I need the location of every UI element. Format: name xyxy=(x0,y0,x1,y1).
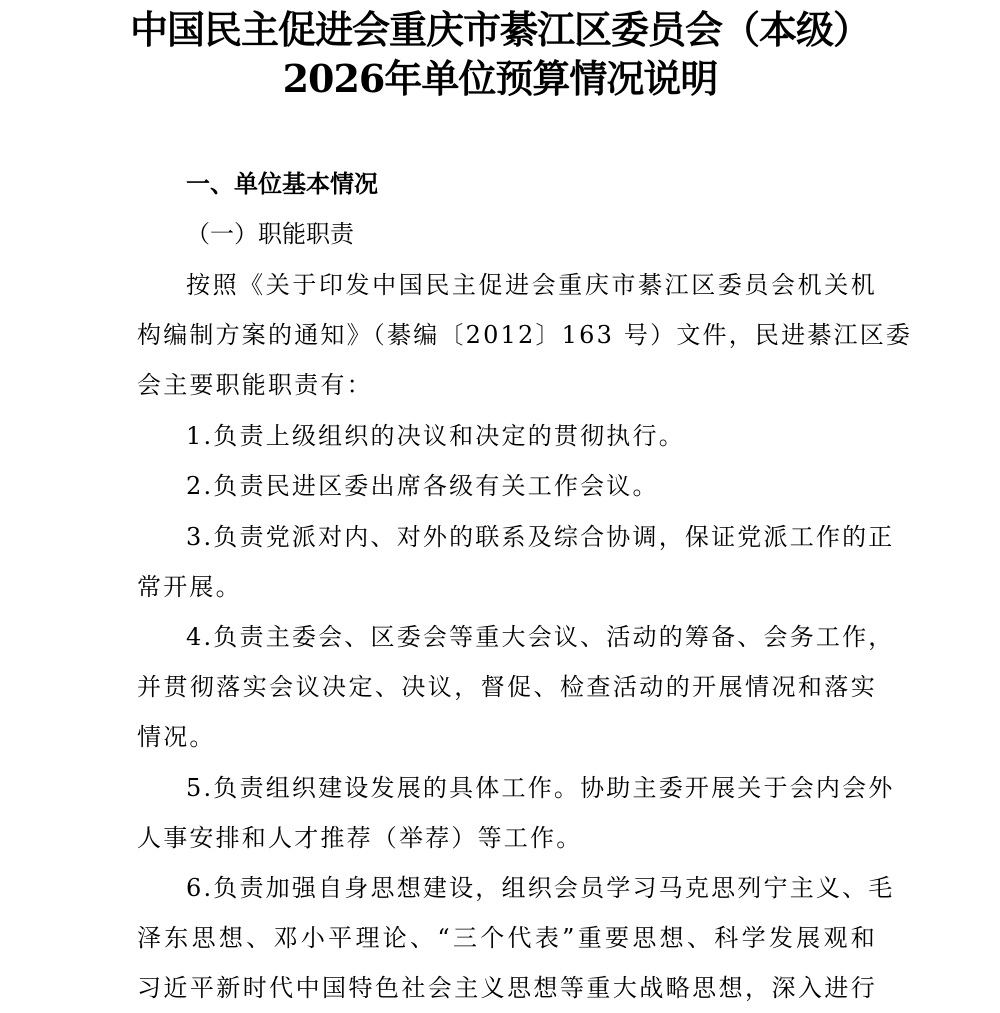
document-title-line-2: 2026年单位预算情况说明 xyxy=(0,57,1000,101)
paragraph-line: 按照《关于印发中国民主促进会重庆市綦江区委员会机关机 xyxy=(186,268,877,302)
list-item-4: 4.负责主委会、区委会等重大会议、活动的筹备、会务工作， xyxy=(186,620,877,654)
list-item-4-cont: 并贯彻落实会议决定、决议，督促、检查活动的开展情况和落实 xyxy=(137,670,877,704)
list-item-3-cont: 常开展。 xyxy=(137,570,877,604)
paragraph-line: 构编制方案的通知》（綦编〔2012〕163 号）文件，民进綦江区委 xyxy=(137,318,877,352)
paragraph-line: 会主要职能职责有： xyxy=(137,368,877,402)
section-heading-basic-info: 一、单位基本情况 xyxy=(186,167,378,201)
list-item-6-cont: 习近平新时代中国特色社会主义思想等重大战略思想，深入进行 xyxy=(137,971,877,1005)
list-item-5-cont: 人事安排和人才推荐（举荐）等工作。 xyxy=(137,821,877,855)
subsection-heading-functions: （一）职能职责 xyxy=(186,217,354,251)
list-item-6-cont: 泽东思想、邓小平理论、“三个代表”重要思想、科学发展观和 xyxy=(137,921,877,955)
list-item-1: 1.负责上级组织的决议和决定的贯彻执行。 xyxy=(186,419,877,453)
list-item-4-cont: 情况。 xyxy=(137,720,877,754)
list-item-5: 5.负责组织建设发展的具体工作。协助主委开展关于会内会外 xyxy=(186,771,877,805)
list-item-3: 3.负责党派对内、对外的联系及综合协调，保证党派工作的正 xyxy=(186,520,877,554)
document-title-line-1: 中国民主促进会重庆市綦江区委员会（本级） xyxy=(0,8,1000,52)
list-item-2: 2.负责民进区委出席各级有关工作会议。 xyxy=(186,469,877,503)
list-item-6: 6.负责加强自身思想建设，组织会员学习马克思列宁主义、毛 xyxy=(186,871,877,905)
